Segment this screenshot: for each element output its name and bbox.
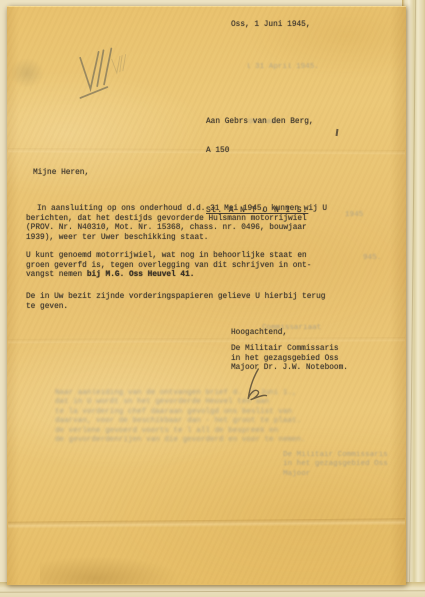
letter-date: Oss, 1 Juni 1945, [231,21,311,31]
pencil-ghost-mark [106,51,135,82]
salutation: Mijne Heren, [33,169,89,179]
paragraph-2-address-bold: bij M.G. Oss Heuvel 41. [87,271,195,279]
ghost-paragraph: Naar aanleiding van de ontvangen brief d… [55,389,385,445]
pen-paraph-icon [242,366,274,404]
ghost-signature-block: De Militair Commissaris in het gezagsgeb… [283,451,388,479]
scanned-letter: l 31 April 1945. de naar 1945 945. Commi… [0,0,425,597]
closing-salute: Hoogachtend, [231,329,287,339]
handwritten-paraph [242,366,275,409]
paragraph-1: In aansluiting op ons onderhoud d.d. 31 … [26,205,356,243]
pencil-smudge [10,58,44,88]
pencil-ghost-icon [106,51,134,79]
paragraph-2: U kunt genoemd motorrijwiel, wat nog in … [26,252,356,281]
paragraph-3: De in Uw bezit zijnde vorderingspapieren… [26,293,366,312]
recipient-name: Aan Gebrs van den Berg, [206,118,314,128]
ghost-text-margin: 945. [363,254,381,263]
recipient-spacer [206,176,314,188]
recipient-number: A 150 [206,147,314,157]
ghost-text-top: l 31 April 1945. [246,63,319,72]
